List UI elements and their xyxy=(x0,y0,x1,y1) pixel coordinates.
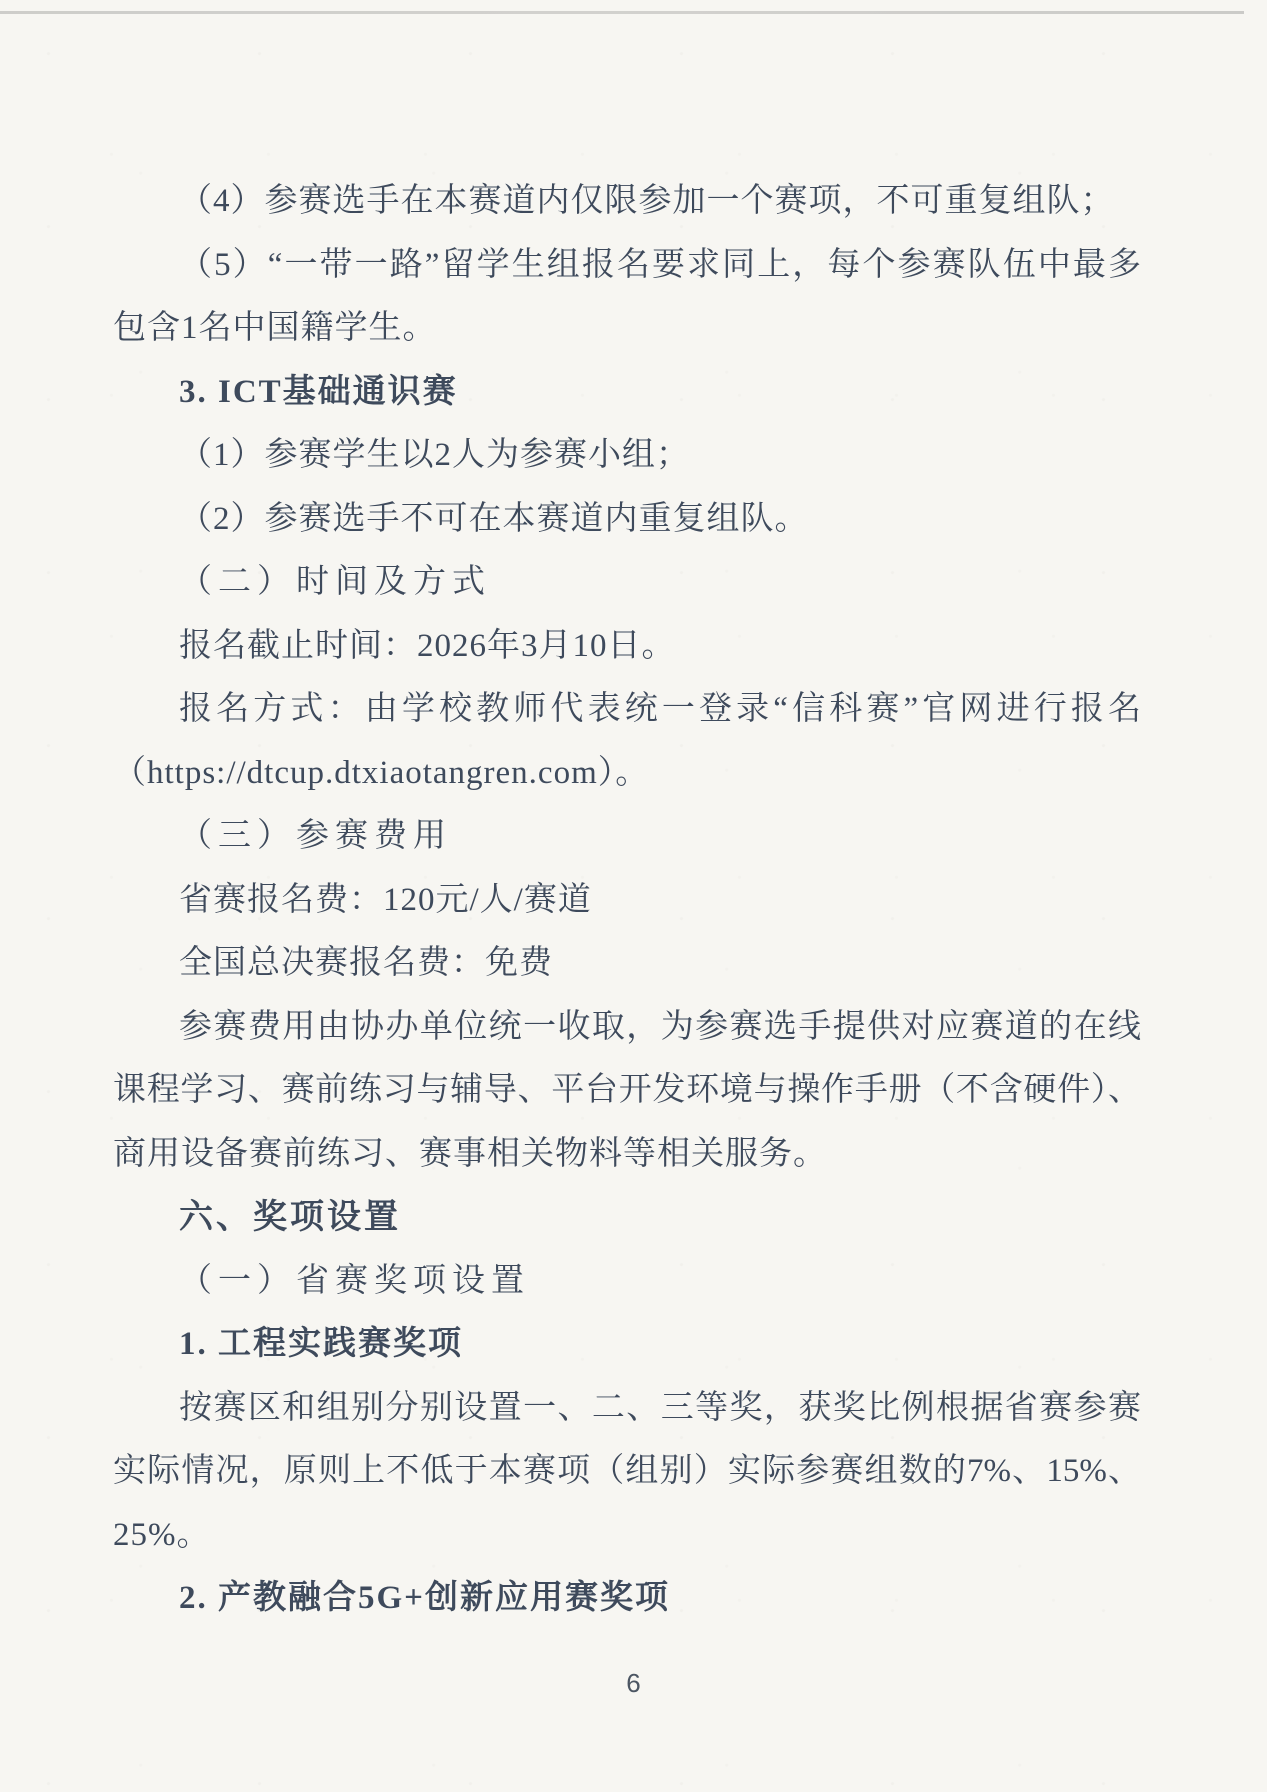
paragraph-fee-services-3: 商用设备赛前练习、赛事相关物料等相关服务。 xyxy=(113,1123,1141,1187)
paragraph-award-ratio-3: 25%。 xyxy=(113,1504,1141,1568)
line-provincial-fee: 省赛报名费：120元/人/赛道 xyxy=(113,869,1141,933)
list-item-2: （2）参赛选手不可在本赛道内重复组队。 xyxy=(113,488,1141,552)
document-body: （4）参赛选手在本赛道内仅限参加一个赛项，不可重复组队； （5）“一带一路”留学… xyxy=(113,170,1141,1631)
line-registration-url: （https://dtcup.dtxiaotangren.com）。 xyxy=(113,742,1141,806)
line-registration-method: 报名方式：由学校教师代表统一登录“信科赛”官网进行报名 xyxy=(113,678,1141,742)
page-number: 6 xyxy=(0,1668,1267,1699)
heading-entry-fee: （三）参赛费用 xyxy=(113,805,1141,869)
heading-time-and-method: （二）时间及方式 xyxy=(113,551,1141,615)
list-item-1: （1）参赛学生以2人为参赛小组； xyxy=(113,424,1141,488)
list-item-5: （5）“一带一路”留学生组报名要求同上，每个参赛队伍中最多 xyxy=(113,234,1141,298)
line-national-final-fee: 全国总决赛报名费：免费 xyxy=(113,932,1141,996)
scan-artifact-top-rule xyxy=(0,11,1244,14)
document-page: （4）参赛选手在本赛道内仅限参加一个赛项，不可重复组队； （5）“一带一路”留学… xyxy=(0,0,1267,1792)
paragraph-award-ratio-2: 实际情况，原则上不低于本赛项（组别）实际参赛组数的7%、15%、 xyxy=(113,1440,1141,1504)
heading-provincial-awards: （一）省赛奖项设置 xyxy=(113,1250,1141,1314)
paragraph-fee-services-2: 课程学习、赛前练习与辅导、平台开发环境与操作手册（不含硬件）、 xyxy=(113,1059,1141,1123)
list-item-5-continuation: 包含1名中国籍学生。 xyxy=(113,297,1141,361)
heading-1-engineering-awards: 1. 工程实践赛奖项 xyxy=(113,1313,1141,1377)
line-registration-deadline: 报名截止时间：2026年3月10日。 xyxy=(113,615,1141,679)
heading-3-ict-general-race: 3. ICT基础通识赛 xyxy=(113,361,1141,425)
list-item-4: （4）参赛选手在本赛道内仅限参加一个赛项，不可重复组队； xyxy=(113,170,1141,234)
paragraph-fee-services-1: 参赛费用由协办单位统一收取，为参赛选手提供对应赛道的在线 xyxy=(113,996,1141,1060)
heading-6-awards-setup: 六、奖项设置 xyxy=(113,1186,1141,1250)
heading-2-5g-innovation-awards: 2. 产教融合5G+创新应用赛奖项 xyxy=(113,1567,1141,1631)
paragraph-award-ratio-1: 按赛区和组别分别设置一、二、三等奖，获奖比例根据省赛参赛 xyxy=(113,1377,1141,1441)
